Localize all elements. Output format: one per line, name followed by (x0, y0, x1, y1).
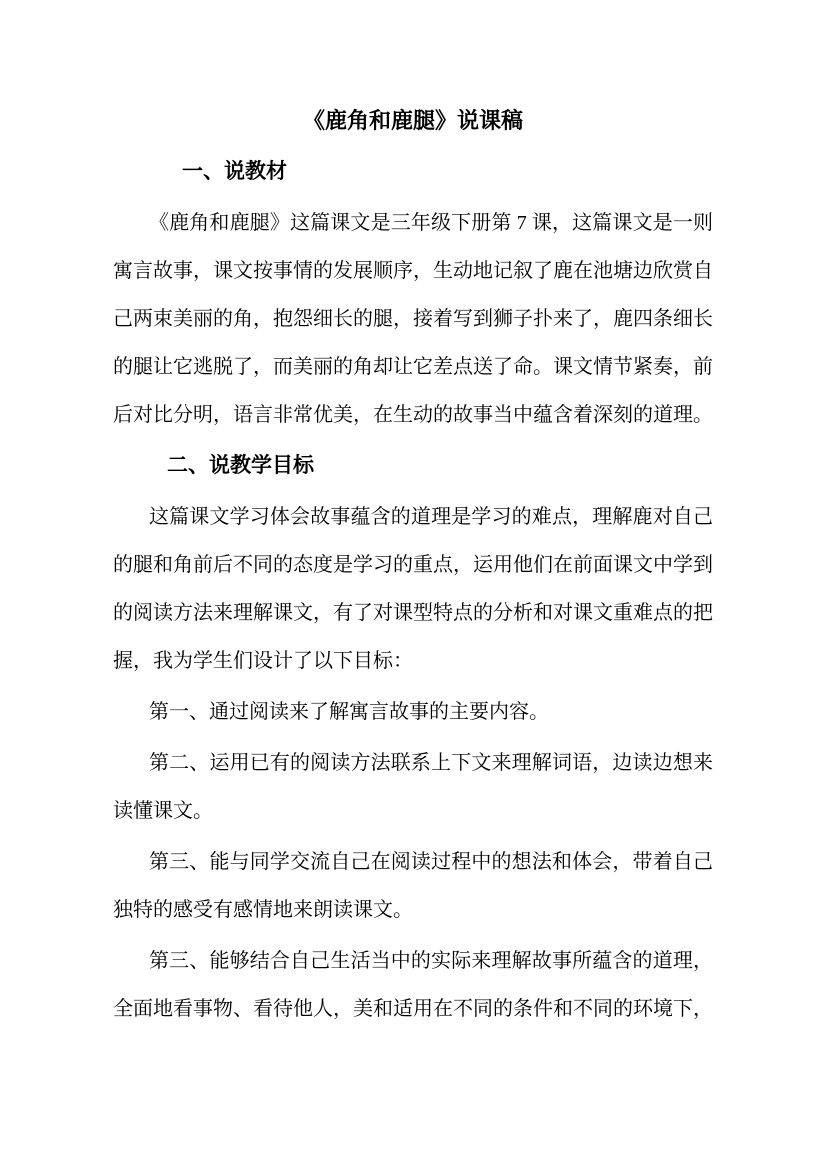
document-line: 己两束美丽的角，抱怨细长的腿，接着写到狮子扑来了，鹿四条细长 (113, 295, 713, 343)
document-line: 的阅读方法来理解课文，有了对课型特点的分析和对课文重难点的把 (113, 589, 713, 637)
document-line: 全面地看事物、看待他人，美和适用在不同的条件和不同的环境下， (113, 985, 713, 1033)
document-page: 《鹿角和鹿腿》说课稿一、说教材《鹿角和鹿腿》这篇课文是三年级下册第 7 课，这篇… (0, 0, 827, 1169)
document-line: 的腿让它逃脱了，而美丽的角却让它差点送了命。课文情节紧奏，前 (113, 343, 713, 391)
paragraph-goal-1: 第一、通过阅读来了解寓言故事的主要内容。 (113, 688, 713, 736)
document-line: 独特的感受有感情地来朗读课文。 (113, 886, 713, 934)
section-heading-2: 二、说教学目标 (113, 442, 713, 490)
paragraph-textbook-analysis: 《鹿角和鹿腿》这篇课文是三年级下册第 7 课，这篇课文是一则寓言故事，课文按事情… (113, 199, 713, 439)
document-line: 第一、通过阅读来了解寓言故事的主要内容。 (113, 688, 713, 736)
document-content: 《鹿角和鹿腿》说课稿一、说教材《鹿角和鹿腿》这篇课文是三年级下册第 7 课，这篇… (113, 97, 713, 1033)
document-line: 第三、能够结合自己生活当中的实际来理解故事所蕴含的道理， (113, 937, 713, 985)
document-line: 读懂课文。 (113, 787, 713, 835)
section-heading-1-text: 一、说教材 (113, 148, 713, 196)
document-line: 后对比分明，语言非常优美，在生动的故事当中蕴含着深刻的道理。 (113, 391, 713, 439)
document-title-text: 《鹿角和鹿腿》说课稿 (113, 97, 713, 145)
document-line: 寓言故事，课文按事情的发展顺序，生动地记叙了鹿在池塘边欣赏自 (113, 247, 713, 295)
document-line: 握，我为学生们设计了以下目标： (113, 637, 713, 685)
document-line: 《鹿角和鹿腿》这篇课文是三年级下册第 7 课，这篇课文是一则 (113, 199, 713, 247)
paragraph-teaching-goals-intro: 这篇课文学习体会故事蕴含的道理是学习的难点，理解鹿对自己的腿和角前后不同的态度是… (113, 493, 713, 685)
document-title: 《鹿角和鹿腿》说课稿 (113, 97, 713, 145)
paragraph-goal-2: 第二、运用已有的阅读方法联系上下文来理解词语，边读边想来读懂课文。 (113, 739, 713, 835)
section-heading-2-text: 二、说教学目标 (113, 442, 713, 490)
document-line: 这篇课文学习体会故事蕴含的道理是学习的难点，理解鹿对自己 (113, 493, 713, 541)
document-line: 第三、能与同学交流自己在阅读过程中的想法和体会，带着自己 (113, 838, 713, 886)
document-line: 第二、运用已有的阅读方法联系上下文来理解词语，边读边想来 (113, 739, 713, 787)
section-heading-1: 一、说教材 (113, 148, 713, 196)
document-line: 的腿和角前后不同的态度是学习的重点，运用他们在前面课文中学到 (113, 541, 713, 589)
paragraph-goal-4: 第三、能够结合自己生活当中的实际来理解故事所蕴含的道理，全面地看事物、看待他人，… (113, 937, 713, 1033)
paragraph-goal-3: 第三、能与同学交流自己在阅读过程中的想法和体会，带着自己独特的感受有感情地来朗读… (113, 838, 713, 934)
